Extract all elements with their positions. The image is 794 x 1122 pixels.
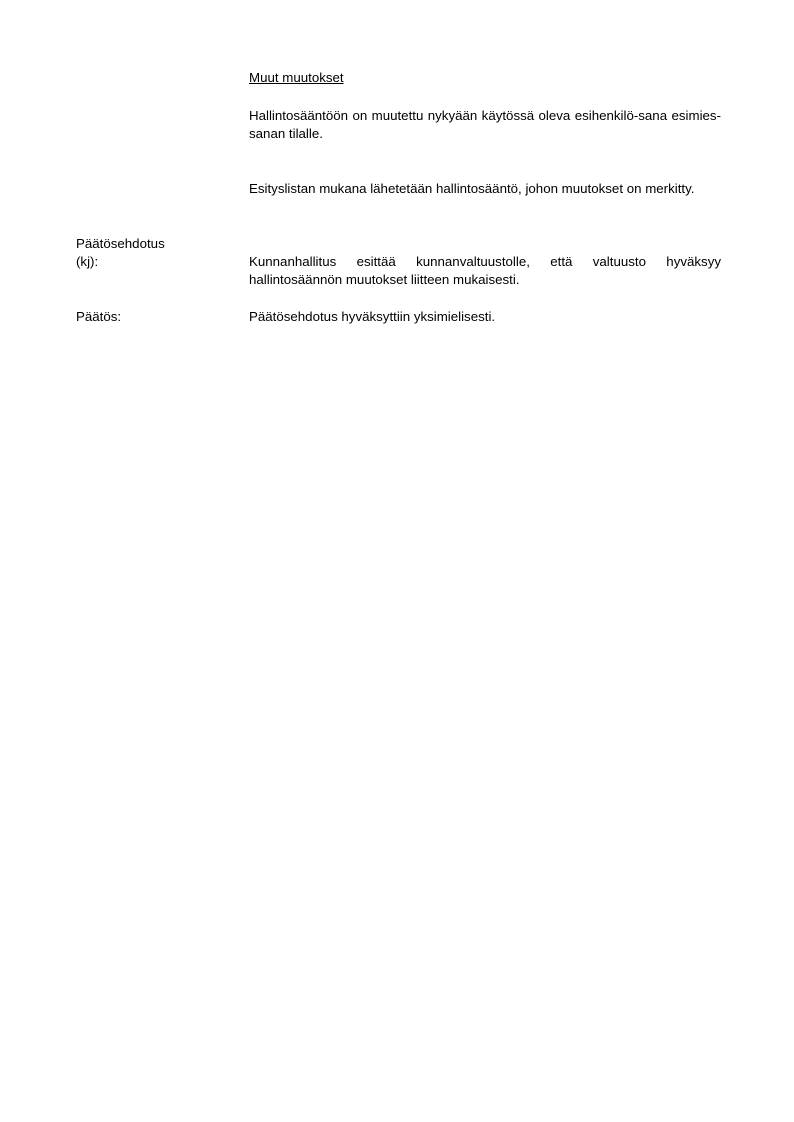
proposal-label-line1: Päätösehdotus <box>76 235 236 253</box>
decision-label: Päätös: <box>76 308 236 326</box>
proposal-label-line2: (kj): <box>76 253 236 271</box>
decision-text: Päätösehdotus hyväksyttiin yksimielisest… <box>249 308 721 326</box>
paragraph-esihenkilo: Hallintosääntöön on muutettu nykyään käy… <box>249 107 721 143</box>
paragraph-esityslista: Esityslistan mukana lähetetään hallintos… <box>249 180 721 198</box>
proposal-text: Kunnanhallitus esittää kunnanvaltuustoll… <box>249 253 721 289</box>
section-heading: Muut muutokset <box>249 69 721 87</box>
proposal-label: Päätösehdotus (kj): <box>76 235 236 271</box>
